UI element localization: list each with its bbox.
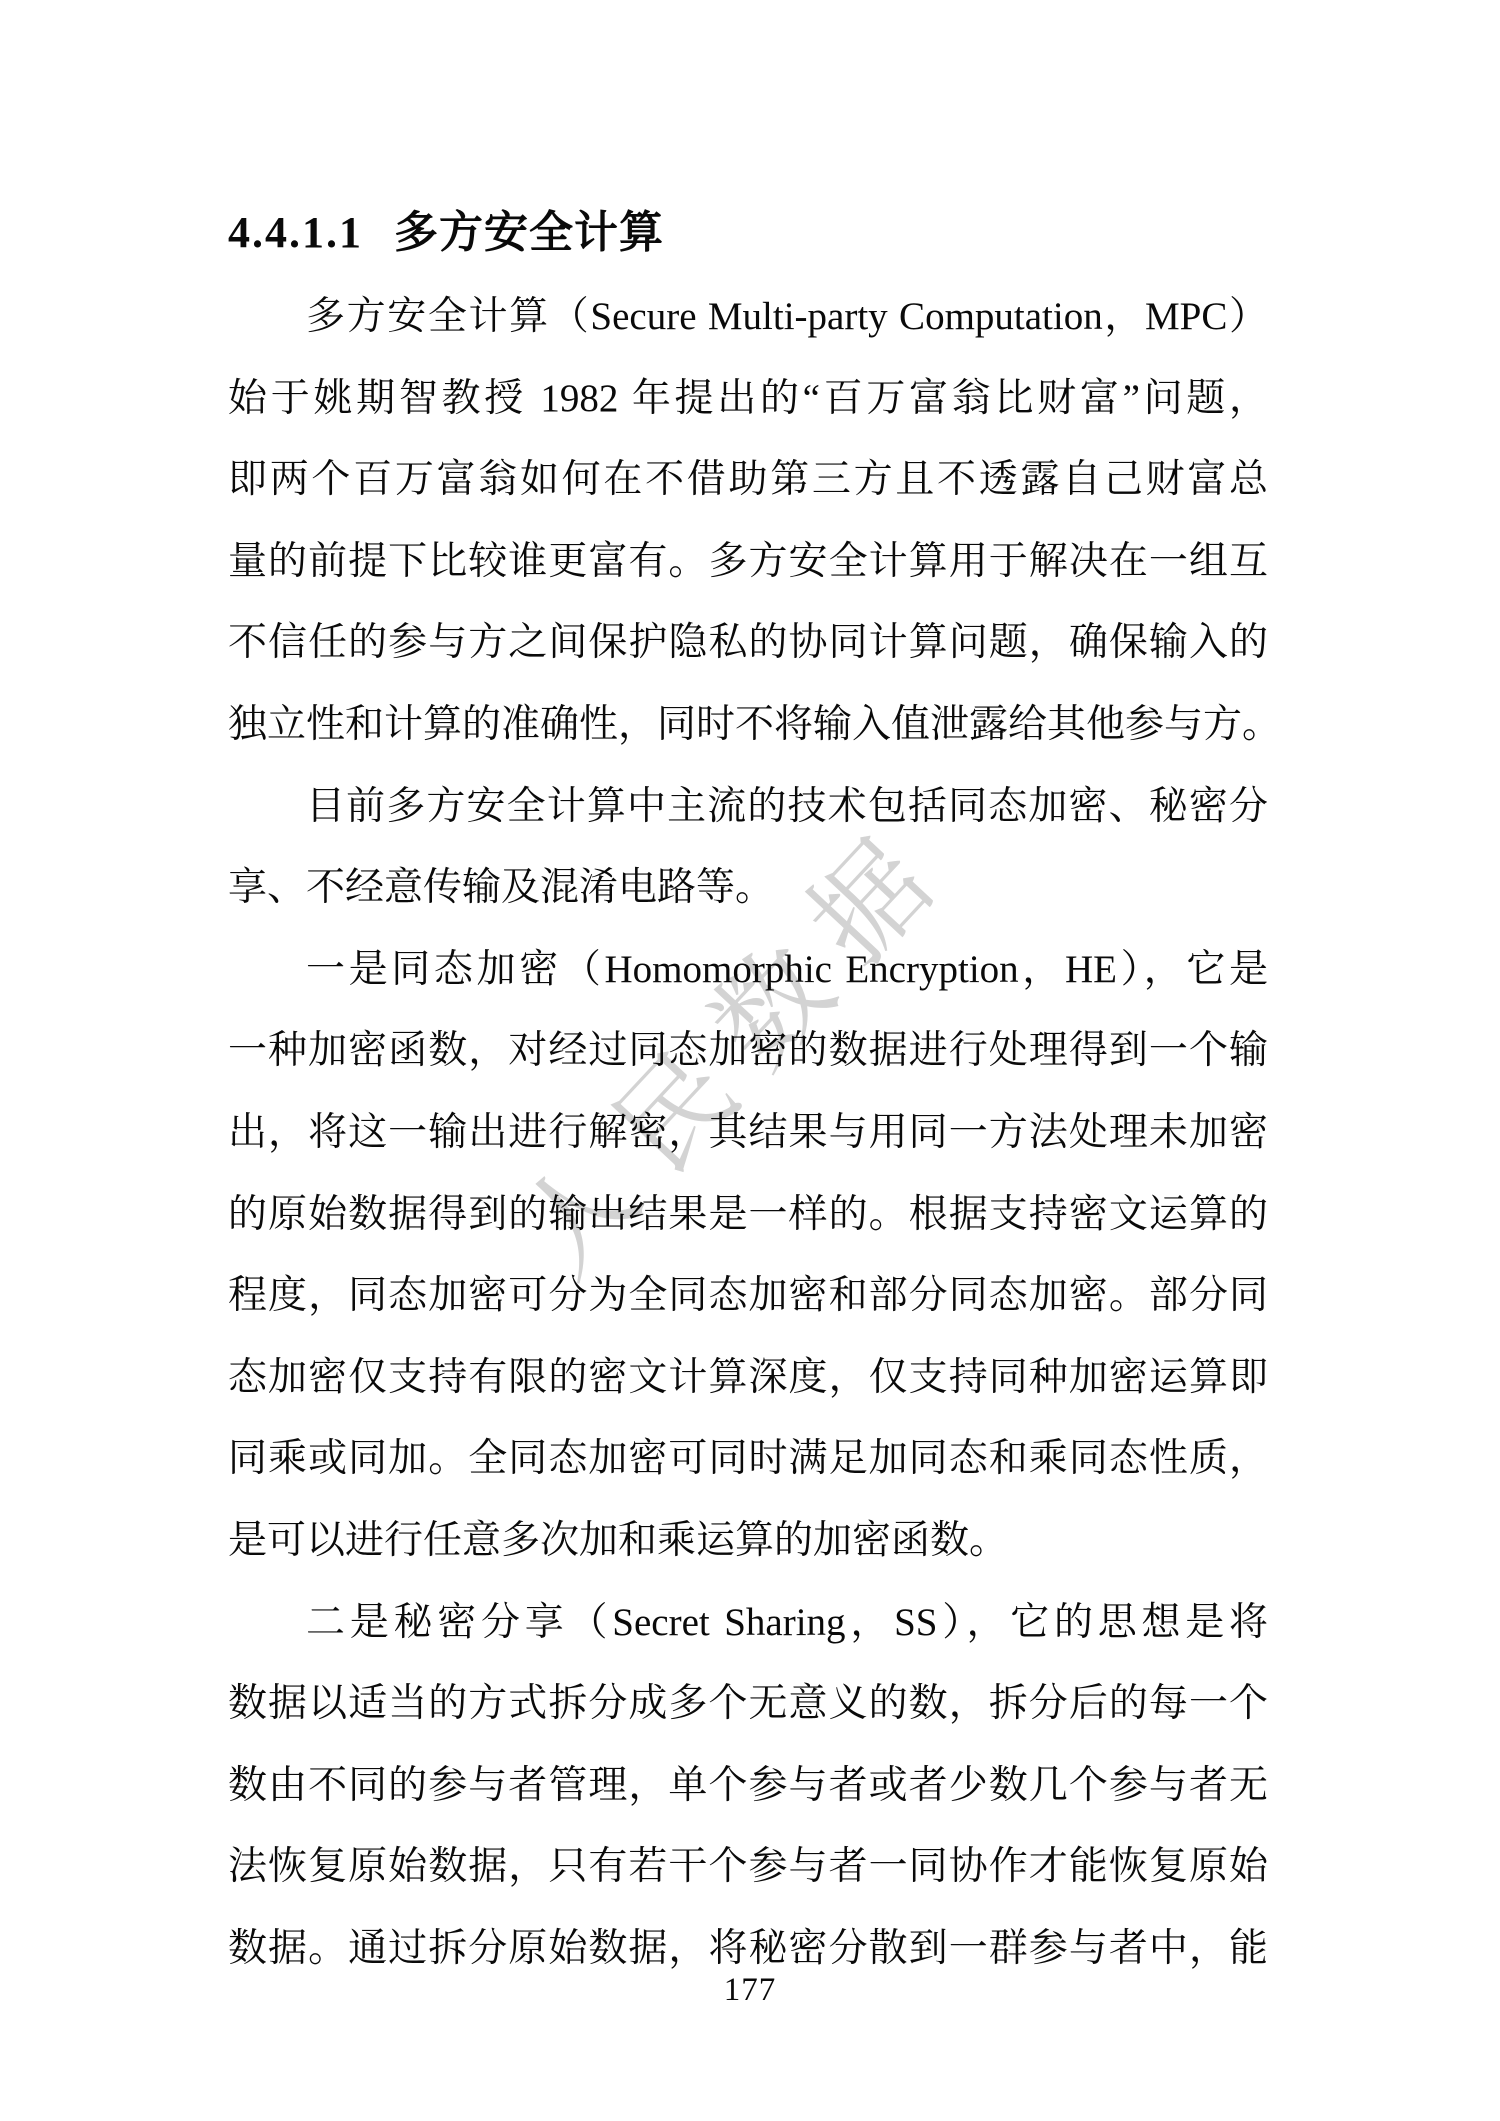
body-line: 出，将这一输出进行解密，其结果与用同一方法处理未加密 bbox=[228, 1092, 1268, 1174]
body-line: 享、不经意传输及混淆电路等。 bbox=[228, 847, 1268, 929]
section-heading: 4.4.1.1 多方安全计算 bbox=[228, 196, 664, 260]
body-line: 态加密仅支持有限的密文计算深度，仅支持同种加密运算即 bbox=[228, 1337, 1268, 1419]
document-page: 人民数据 4.4.1.1 多方安全计算 多方安全计算（Secure Multi-… bbox=[0, 0, 1500, 2121]
body-line: 程度，同态加密可分为全同态加密和部分同态加密。部分同 bbox=[228, 1255, 1268, 1337]
body-text: 多方安全计算（Secure Multi-party Computation，MP… bbox=[228, 276, 1268, 1989]
body-line: 数据以适当的方式拆分成多个无意义的数，拆分后的每一个 bbox=[228, 1663, 1268, 1745]
body-line: 目前多方安全计算中主流的技术包括同态加密、秘密分 bbox=[228, 766, 1268, 848]
section-number: 4.4.1.1 bbox=[228, 208, 363, 257]
body-line: 法恢复原始数据，只有若干个参与者一同协作才能恢复原始 bbox=[228, 1826, 1268, 1908]
body-line: 独立性和计算的准确性，同时不将输入值泄露给其他参与方。 bbox=[228, 684, 1268, 766]
body-line: 始于姚期智教授 1982 年提出的“百万富翁比财富”问题， bbox=[228, 358, 1268, 440]
body-line: 不信任的参与方之间保护隐私的协同计算问题，确保输入的 bbox=[228, 602, 1268, 684]
body-line: 多方安全计算（Secure Multi-party Computation，MP… bbox=[228, 276, 1268, 358]
body-line: 一种加密函数，对经过同态加密的数据进行处理得到一个输 bbox=[228, 1010, 1268, 1092]
section-title: 多方安全计算 bbox=[394, 208, 664, 257]
body-line: 同乘或同加。全同态加密可同时满足加同态和乘同态性质， bbox=[228, 1418, 1268, 1500]
body-line: 二是秘密分享（Secret Sharing，SS），它的思想是将 bbox=[228, 1582, 1268, 1664]
page-number: 177 bbox=[0, 1972, 1500, 2009]
body-line: 是可以进行任意多次加和乘运算的加密函数。 bbox=[228, 1500, 1268, 1582]
body-line: 即两个百万富翁如何在不借助第三方且不透露自己财富总 bbox=[228, 439, 1268, 521]
body-line: 一是同态加密（Homomorphic Encryption，HE），它是 bbox=[228, 929, 1268, 1011]
body-line: 的原始数据得到的输出结果是一样的。根据支持密文运算的 bbox=[228, 1174, 1268, 1256]
body-line: 量的前提下比较谁更富有。多方安全计算用于解决在一组互 bbox=[228, 521, 1268, 603]
body-line: 数由不同的参与者管理，单个参与者或者少数几个参与者无 bbox=[228, 1745, 1268, 1827]
